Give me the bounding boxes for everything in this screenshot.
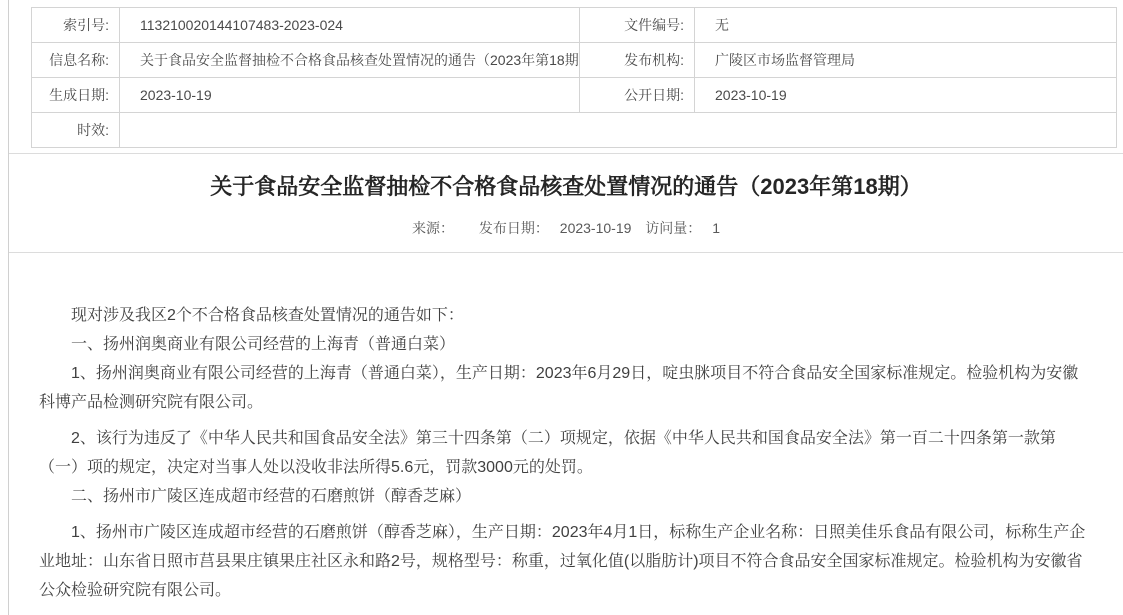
field-value-document-number: 无 xyxy=(695,8,1117,43)
table-row: 信息名称: 关于食品安全监督抽检不合格食品核查处置情况的通告（2023年第18期… xyxy=(32,43,1117,78)
visits-value: 1 xyxy=(712,220,720,236)
field-value-create-date: 2023-10-19 xyxy=(120,78,580,113)
page-title: 关于食品安全监督抽检不合格食品核查处置情况的通告（2023年第18期） xyxy=(29,172,1103,201)
paragraph-section-1-item-1: 1、扬州润奥商业有限公司经营的上海青（普通白菜），生产日期：2023年6月29日… xyxy=(39,359,1093,417)
field-label-publish-org: 发布机构: xyxy=(580,43,695,78)
field-value-index-number: 113210020144107483-2023-024 xyxy=(120,8,580,43)
paragraph-intro: 现对涉及我区2个不合格食品核查处置情况的通告如下： xyxy=(39,301,1093,330)
field-label-validity: 时效: xyxy=(32,113,120,148)
paragraph-section-2-heading: 二、扬州市广陵区连成超市经营的石磨煎饼（醇香芝麻） xyxy=(39,482,1093,511)
field-value-public-date: 2023-10-19 xyxy=(695,78,1117,113)
field-label-create-date: 生成日期: xyxy=(32,78,120,113)
paragraph-section-1-item-2: 2、该行为违反了《中华人民共和国食品安全法》第三十四条第（二）项规定，依据《中华… xyxy=(39,424,1093,482)
source-label: 来源： xyxy=(412,220,454,236)
field-label-public-date: 公开日期: xyxy=(580,78,695,113)
paragraph-section-2-item-1: 1、扬州市广陵区连成超市经营的石磨煎饼（醇香芝麻），生产日期：2023年4月1日… xyxy=(39,518,1093,605)
paragraph-section-1-heading: 一、扬州润奥商业有限公司经营的上海青（普通白菜） xyxy=(39,330,1093,359)
article-meta: 来源： 发布日期： 2023-10-19 访问量： 1 xyxy=(29,218,1103,238)
article-header: 关于食品安全监督抽检不合格食品核查处置情况的通告（2023年第18期） 来源： … xyxy=(9,154,1123,253)
field-label-info-name: 信息名称: xyxy=(32,43,120,78)
field-value-publish-org: 广陵区市场监督管理局 xyxy=(695,43,1117,78)
page-container: 索引号: 113210020144107483-2023-024 文件编号: 无… xyxy=(8,0,1123,615)
publish-date-value: 2023-10-19 xyxy=(560,220,632,236)
field-label-index-number: 索引号: xyxy=(32,8,120,43)
table-row: 生成日期: 2023-10-19 公开日期: 2023-10-19 xyxy=(32,78,1117,113)
table-row: 时效: xyxy=(32,113,1117,148)
publish-date-label: 发布日期： xyxy=(479,220,549,236)
info-table: 索引号: 113210020144107483-2023-024 文件编号: 无… xyxy=(31,7,1117,148)
field-value-info-name: 关于食品安全监督抽检不合格食品核查处置情况的通告（2023年第18期） xyxy=(120,43,580,78)
table-row: 索引号: 113210020144107483-2023-024 文件编号: 无 xyxy=(32,8,1117,43)
article-body: 现对涉及我区2个不合格食品核查处置情况的通告如下： 一、扬州润奥商业有限公司经营… xyxy=(9,253,1123,615)
field-label-document-number: 文件编号: xyxy=(580,8,695,43)
field-value-validity xyxy=(120,113,1117,148)
visits-label: 访问量： xyxy=(645,220,701,236)
